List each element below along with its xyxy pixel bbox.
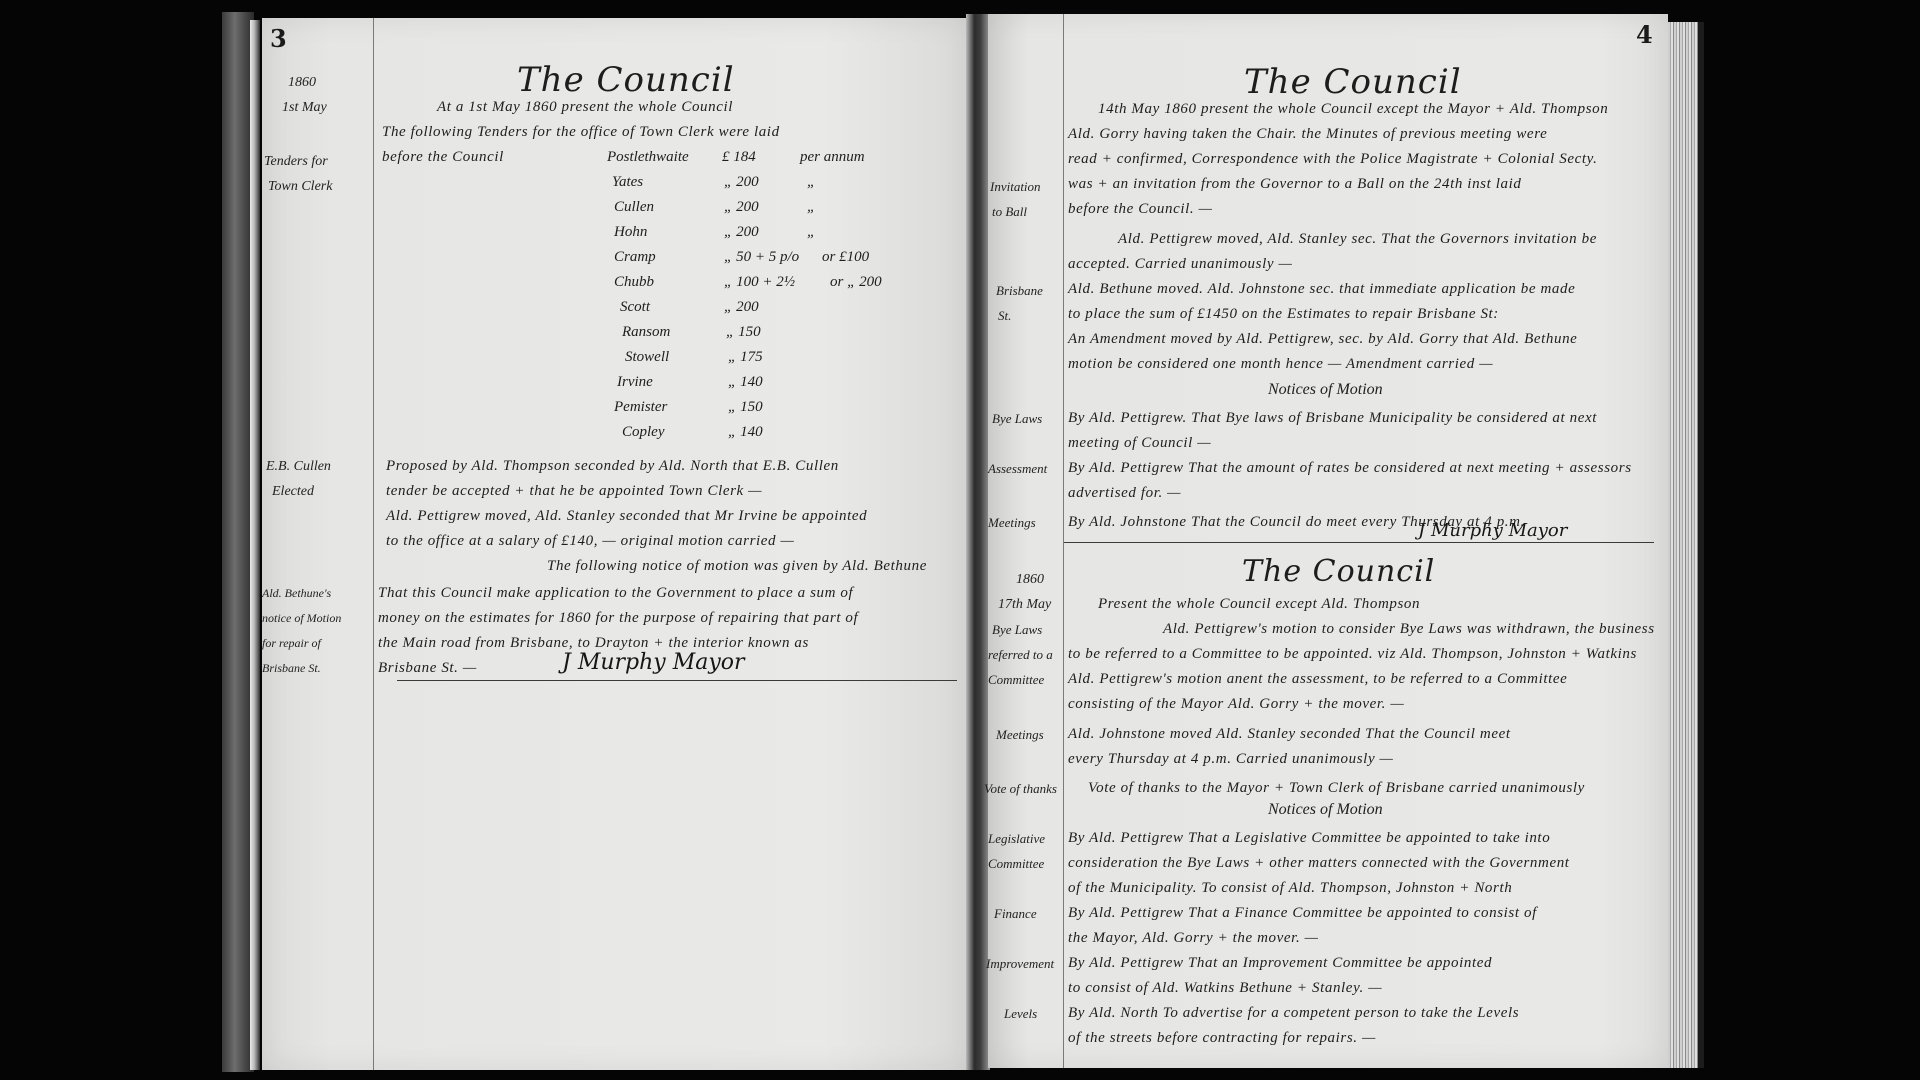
tender-name: Cramp bbox=[614, 249, 656, 266]
tender-note: „ bbox=[807, 174, 815, 191]
margin-note: Bye Laws bbox=[992, 617, 1042, 642]
tender-amount: £ 184 bbox=[722, 149, 756, 166]
tender-note: „ bbox=[807, 199, 815, 216]
mayor-signature: J Murphy Mayor bbox=[1418, 520, 1567, 541]
entry-line: Ald. Pettigrew moved, Ald. Stanley sec. … bbox=[1118, 231, 1597, 248]
tender-amount: „ 200 bbox=[724, 199, 759, 216]
entry-line: read + confirmed, Correspondence with th… bbox=[1068, 151, 1597, 168]
margin-note: Ald. Bethune's bbox=[262, 581, 331, 606]
margin-note: to Ball bbox=[992, 199, 1027, 224]
margin-rule bbox=[373, 18, 374, 1070]
margin-note: Assessment bbox=[988, 456, 1047, 481]
page-title: The Council bbox=[1244, 62, 1462, 102]
tender-amount: „ 150 bbox=[726, 324, 761, 341]
margin-note: for repair of bbox=[262, 631, 321, 656]
entry-line: Proposed by Ald. Thompson seconded by Al… bbox=[386, 458, 839, 475]
margin-note: Meetings bbox=[988, 510, 1036, 535]
tender-name: Scott bbox=[620, 299, 650, 316]
tender-name: Copley bbox=[622, 424, 665, 441]
tender-amount: „ 200 bbox=[724, 174, 759, 191]
entry-line: That this Council make application to th… bbox=[378, 585, 853, 602]
tender-amount: „ 150 bbox=[728, 399, 763, 416]
tender-name: Stowell bbox=[625, 349, 669, 366]
entry-line: tender be accepted + that he be appointe… bbox=[386, 483, 762, 500]
book-gutter bbox=[966, 14, 990, 1070]
margin-note: Bye Laws bbox=[992, 406, 1042, 431]
margin-note: Improvement bbox=[986, 951, 1054, 976]
entry-line: was + an invitation from the Governor to… bbox=[1068, 176, 1521, 193]
margin-note: E.B. Cullen bbox=[266, 454, 331, 479]
entry-line: An Amendment moved by Ald. Pettigrew, se… bbox=[1068, 331, 1577, 348]
section-heading: Notices of Motion bbox=[1268, 801, 1383, 819]
entry-line: to be referred to a Committee to be appo… bbox=[1068, 646, 1637, 663]
entry-line: before the Council bbox=[382, 149, 504, 166]
margin-note: Brisbane St. bbox=[262, 656, 321, 681]
tender-name: Hohn bbox=[614, 224, 647, 241]
page-stack-right bbox=[1668, 22, 1698, 1068]
right-page: 4 The Council 14th May 1860 present the … bbox=[988, 14, 1668, 1068]
margin-note: Invitation bbox=[990, 174, 1041, 199]
margin-note: Legislative bbox=[988, 826, 1045, 851]
entry-end-rule bbox=[397, 680, 957, 681]
entry-line: By Ald. North To advertise for a compete… bbox=[1068, 1005, 1519, 1022]
tender-name: Ransom bbox=[622, 324, 670, 341]
entry-line: Ald. Pettigrew moved, Ald. Stanley secon… bbox=[386, 508, 867, 525]
entry-line: money on the estimates for 1860 for the … bbox=[378, 610, 858, 627]
page-number: 3 bbox=[270, 24, 287, 53]
left-page: 3 The Council 1860 1st May At a 1st May … bbox=[262, 18, 967, 1070]
entry-line: meeting of Council — bbox=[1068, 435, 1211, 452]
entry-line: Ald. Gorry having taken the Chair. the M… bbox=[1068, 126, 1547, 143]
margin-year: 1860 bbox=[288, 70, 316, 95]
entry-line: advertised for. — bbox=[1068, 485, 1181, 502]
entry-line: accepted. Carried unanimously — bbox=[1068, 256, 1292, 273]
margin-year: 1860 bbox=[1016, 567, 1044, 592]
tender-name: Pemister bbox=[614, 399, 667, 416]
tender-amount: „ 50 + 5 p/o bbox=[724, 249, 799, 266]
margin-note: Committee bbox=[988, 667, 1044, 692]
entry-line: Ald. Bethune moved. Ald. Johnstone sec. … bbox=[1068, 281, 1575, 298]
entry-line: By Ald. Pettigrew That a Legislative Com… bbox=[1068, 830, 1550, 847]
margin-note: referred to a bbox=[988, 642, 1053, 667]
page-stack-left bbox=[250, 20, 260, 1070]
mayor-signature: J Murphy Mayor bbox=[562, 650, 745, 675]
margin-note: Vote of thanks bbox=[984, 776, 1057, 801]
margin-date: 1st May bbox=[282, 95, 327, 120]
entry-line: to place the sum of £1450 on the Estimat… bbox=[1068, 306, 1499, 323]
section-heading: Notices of Motion bbox=[1268, 381, 1383, 399]
margin-note: Brisbane bbox=[996, 278, 1043, 303]
margin-note: Town Clerk bbox=[268, 174, 332, 199]
tender-amount: „ 100 + 2½ bbox=[724, 274, 795, 291]
entry-line: the Mayor, Ald. Gorry + the mover. — bbox=[1068, 930, 1319, 947]
entry-line: Present the whole Council except Ald. Th… bbox=[1098, 596, 1420, 613]
entry-line: Ald. Pettigrew's motion anent the assess… bbox=[1068, 671, 1567, 688]
tender-note: or £100 bbox=[822, 249, 869, 266]
entry-line: to the office at a salary of £140, — ori… bbox=[386, 533, 794, 550]
entry-line: to consist of Ald. Watkins Bethune + Sta… bbox=[1068, 980, 1382, 997]
tender-name: Chubb bbox=[614, 274, 654, 291]
tender-name: Irvine bbox=[617, 374, 653, 391]
entry-line: before the Council. — bbox=[1068, 201, 1213, 218]
entry-line: 14th May 1860 present the whole Council … bbox=[1098, 101, 1608, 118]
ledger-book: 3 The Council 1860 1st May At a 1st May … bbox=[0, 0, 1920, 1080]
entry-line: The following Tenders for the office of … bbox=[382, 124, 780, 141]
margin-note: Finance bbox=[994, 901, 1037, 926]
tender-name: Yates bbox=[612, 174, 643, 191]
margin-note: Elected bbox=[272, 479, 314, 504]
tender-amount: „ 200 bbox=[724, 299, 759, 316]
tender-note: or „ 200 bbox=[830, 274, 882, 291]
entry-line: By Ald. Pettigrew That a Finance Committ… bbox=[1068, 905, 1537, 922]
margin-note: Meetings bbox=[996, 722, 1044, 747]
entry-line: motion be considered one month hence — A… bbox=[1068, 356, 1493, 373]
tender-name: Postlethwaite bbox=[607, 149, 689, 166]
entry-line: consisting of the Mayor Ald. Gorry + the… bbox=[1068, 696, 1404, 713]
entry-line: By Ald. Pettigrew. That Bye laws of Bris… bbox=[1068, 410, 1597, 427]
entry-line: consideration the Bye Laws + other matte… bbox=[1068, 855, 1570, 872]
entry-line: Brisbane St. — bbox=[378, 660, 477, 677]
page-number: 4 bbox=[1636, 20, 1653, 49]
tender-name: Cullen bbox=[614, 199, 654, 216]
margin-note: Committee bbox=[988, 851, 1044, 876]
tender-amount: „ 200 bbox=[724, 224, 759, 241]
margin-rule bbox=[1063, 14, 1064, 1068]
page-title: The Council bbox=[517, 60, 735, 100]
tender-amount: „ 140 bbox=[728, 424, 763, 441]
tender-amount: „ 175 bbox=[728, 349, 763, 366]
margin-note: Levels bbox=[1004, 1001, 1037, 1026]
tender-amount: „ 140 bbox=[728, 374, 763, 391]
entry-line: Vote of thanks to the Mayor + Town Clerk… bbox=[1088, 780, 1585, 797]
margin-note: Tenders for bbox=[264, 149, 328, 174]
margin-note: St. bbox=[998, 303, 1011, 328]
margin-note: notice of Motion bbox=[262, 606, 341, 631]
entry-line: By Ald. Pettigrew That the amount of rat… bbox=[1068, 460, 1632, 477]
entry-line: of the streets before contracting for re… bbox=[1068, 1030, 1376, 1047]
margin-date: 17th May bbox=[998, 592, 1051, 617]
tender-note: per annum bbox=[800, 149, 865, 166]
section-title: The Council bbox=[1242, 554, 1435, 589]
entry-line: of the Municipality. To consist of Ald. … bbox=[1068, 880, 1512, 897]
entry-line: Ald. Pettigrew's motion to consider Bye … bbox=[1163, 621, 1655, 638]
entry-line: Ald. Johnstone moved Ald. Stanley second… bbox=[1068, 726, 1511, 743]
entry-end-rule bbox=[1064, 542, 1654, 543]
entry-line: The following notice of motion was given… bbox=[547, 558, 927, 575]
entry-line: At a 1st May 1860 present the whole Coun… bbox=[437, 99, 733, 116]
tender-note: „ bbox=[807, 224, 815, 241]
entry-line: By Ald. Pettigrew That an Improvement Co… bbox=[1068, 955, 1492, 972]
entry-line: every Thursday at 4 p.m. Carried unanimo… bbox=[1068, 751, 1394, 768]
